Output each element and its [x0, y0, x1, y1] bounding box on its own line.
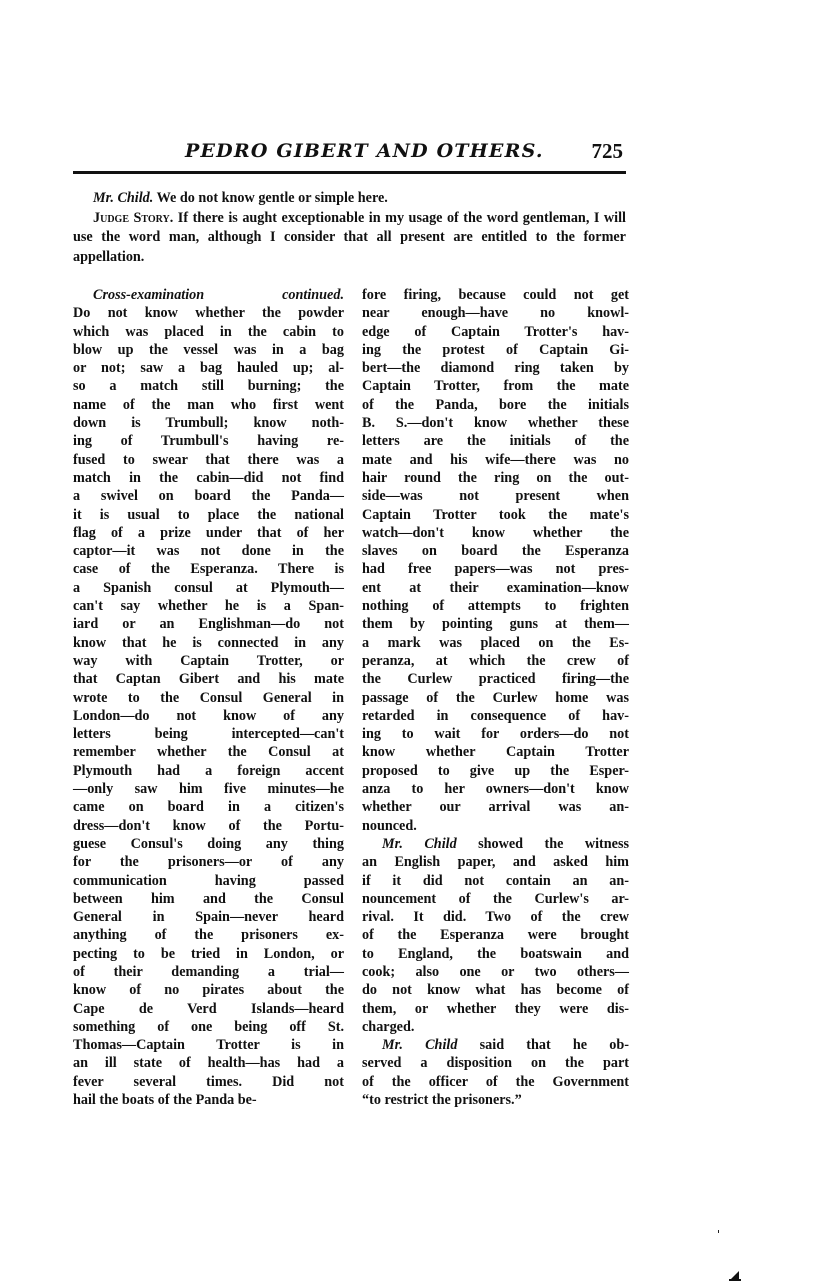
text-line: to England, the boatswain and [362, 945, 629, 963]
text-line: if it did not contain an an- [362, 872, 629, 890]
text-line: nothing of attempts to frighten [362, 597, 629, 615]
text-line: the Curlew practiced firing—the [362, 670, 629, 688]
text-line: something of one being off St. [73, 1018, 344, 1036]
text-line: Captain Trotter, from the mate [362, 377, 629, 395]
text-line: Mr. Child showed the witness [362, 835, 629, 853]
text-line: them, or whether they were dis- [362, 1000, 629, 1018]
text-line: served a disposition on the part [362, 1054, 629, 1072]
text-line: General in Spain—never heard [73, 908, 344, 926]
text-line: anza to her owners—don't know [362, 780, 629, 798]
text-line: bert—the diamond ring taken by [362, 359, 629, 377]
scan-corner-base [729, 1279, 741, 1281]
text-line: ing the protest of Captain Gi- [362, 341, 629, 359]
text-line: captor—it was not done in the [73, 542, 344, 560]
text-line: Plymouth had a foreign accent [73, 762, 344, 780]
text-line: it is usual to place the national [73, 506, 344, 524]
text-line: passage of the Curlew home was [362, 689, 629, 707]
scan-speck [718, 1230, 719, 1233]
running-title: PEDRO GIBERT AND OTHERS. [185, 140, 544, 162]
text-line: down is Trumbull; know noth- [73, 414, 344, 432]
right-column: fore firing, because could not getnear e… [362, 286, 629, 1109]
text-line: letters being intercepted—can't [73, 725, 344, 743]
scan-corner-mark [731, 1271, 739, 1279]
text-line: way with Captain Trotter, or [73, 652, 344, 670]
text-line: match in the cabin—did not find [73, 469, 344, 487]
text-line: Cape de Verd Islands—heard [73, 1000, 344, 1018]
text-line: charged. [362, 1018, 629, 1036]
text-line: retarded in consequence of hav- [362, 707, 629, 725]
text-line: flag of a prize under that of her [73, 524, 344, 542]
intro-paragraph-child: Mr. Child. We do not know gentle or simp… [73, 189, 626, 209]
text-line: guese Consul's doing any thing [73, 835, 344, 853]
intro-dialogue: Mr. Child. We do not know gentle or simp… [73, 189, 626, 267]
intro-paragraph-story: Judge Story. If there is aught exception… [73, 209, 626, 268]
text-line: Mr. Child said that he ob- [362, 1036, 629, 1054]
text-line: ent at their examination—know [362, 579, 629, 597]
speech-text: We do not know gentle or simple here. [153, 190, 388, 206]
text-line: fever several times. Did not [73, 1073, 344, 1091]
text-line: a mark was placed on the Es- [362, 634, 629, 652]
text-line: fused to swear that there was a [73, 451, 344, 469]
text-line: case of the Esperanza. There is [73, 560, 344, 578]
text-line: peranza, at which the crew of [362, 652, 629, 670]
text-line: communication having passed [73, 872, 344, 890]
speaker-name: Mr. Child. [93, 190, 153, 206]
text-line: an ill state of health—has had a [73, 1054, 344, 1072]
text-line: near enough—have no knowl- [362, 304, 629, 322]
text-line: a swivel on board the Panda— [73, 487, 344, 505]
text-line: iard or an Englishman—do not [73, 615, 344, 633]
text-line: “to restrict the prisoners.” [362, 1091, 629, 1109]
text-line: or not; saw a bag hauled up; al- [73, 359, 344, 377]
text-line: nounced. [362, 817, 629, 835]
speaker-name: Mr. Child [382, 836, 457, 852]
text-line: —only saw him five minutes—he [73, 780, 344, 798]
left-column: Cross-examination continued.Do not know … [73, 286, 344, 1109]
text-line: can't say whether he is a Span- [73, 597, 344, 615]
text-line: mate and his wife—there was no [362, 451, 629, 469]
text-line: know that he is connected in any [73, 634, 344, 652]
text-line: so a match still burning; the [73, 377, 344, 395]
text-line: ing of Trumbull's having re- [73, 432, 344, 450]
text-line: wrote to the Consul General in [73, 689, 344, 707]
text-line: blow up the vessel was in a bag [73, 341, 344, 359]
header-rule [73, 171, 626, 174]
book-page: PEDRO GIBERT AND OTHERS. 725 Mr. Child. … [0, 0, 836, 1284]
text-line: B. S.—don't know whether these [362, 414, 629, 432]
text-line: of their demanding a trial— [73, 963, 344, 981]
text-line: Thomas—Captain Trotter is in [73, 1036, 344, 1054]
text-line: whether our arrival was an- [362, 798, 629, 816]
text-line: which was placed in the cabin to [73, 323, 344, 341]
text-line: anything of the prisoners ex- [73, 926, 344, 944]
text-line: of the Esperanza were brought [362, 926, 629, 944]
speaker-name: Judge Story. [93, 210, 173, 226]
text-line: fore firing, because could not get [362, 286, 629, 304]
text-line: hail the boats of the Panda be- [73, 1091, 344, 1109]
text-line: side—was not present when [362, 487, 629, 505]
text-line: do not know what has become of [362, 981, 629, 999]
text-line: an English paper, and asked him [362, 853, 629, 871]
text-line: a Spanish consul at Plymouth— [73, 579, 344, 597]
text-line: Do not know whether the powder [73, 304, 344, 322]
text-line: Cross-examination continued. [73, 286, 344, 304]
text-line: had free papers—was not pres- [362, 560, 629, 578]
text-line: between him and the Consul [73, 890, 344, 908]
text-line: London—do not know of any [73, 707, 344, 725]
text-line: edge of Captain Trotter's hav- [362, 323, 629, 341]
speaker-name: Mr. Child [382, 1037, 457, 1053]
text-line: proposed to give up the Esper- [362, 762, 629, 780]
text-line: for the prisoners—or of any [73, 853, 344, 871]
text-line: letters are the initials of the [362, 432, 629, 450]
running-head: PEDRO GIBERT AND OTHERS. 725 [73, 140, 625, 168]
text-line: watch—don't know whether the [362, 524, 629, 542]
text-line: pecting to be tried in London, or [73, 945, 344, 963]
text-line: ing to wait for orders—do not [362, 725, 629, 743]
text-line: slaves on board the Esperanza [362, 542, 629, 560]
text-line: came on board in a citizen's [73, 798, 344, 816]
text-line: know whether Captain Trotter [362, 743, 629, 761]
text-line: that Captan Gibert and his mate [73, 670, 344, 688]
text-line: dress—don't know of the Portu- [73, 817, 344, 835]
text-line: nouncement of the Curlew's ar- [362, 890, 629, 908]
text-line: name of the man who first went [73, 396, 344, 414]
text-line: rival. It did. Two of the crew [362, 908, 629, 926]
text-line: hair round the ring on the out- [362, 469, 629, 487]
text-line: remember whether the Consul at [73, 743, 344, 761]
text-line: know of no pirates about the [73, 981, 344, 999]
text-line: cook; also one or two others— [362, 963, 629, 981]
text-line: Captain Trotter took the mate's [362, 506, 629, 524]
text-line: of the Panda, bore the initials [362, 396, 629, 414]
text-line: of the officer of the Government [362, 1073, 629, 1091]
text-line: them by pointing guns at them— [362, 615, 629, 633]
page-number: 725 [592, 139, 624, 164]
